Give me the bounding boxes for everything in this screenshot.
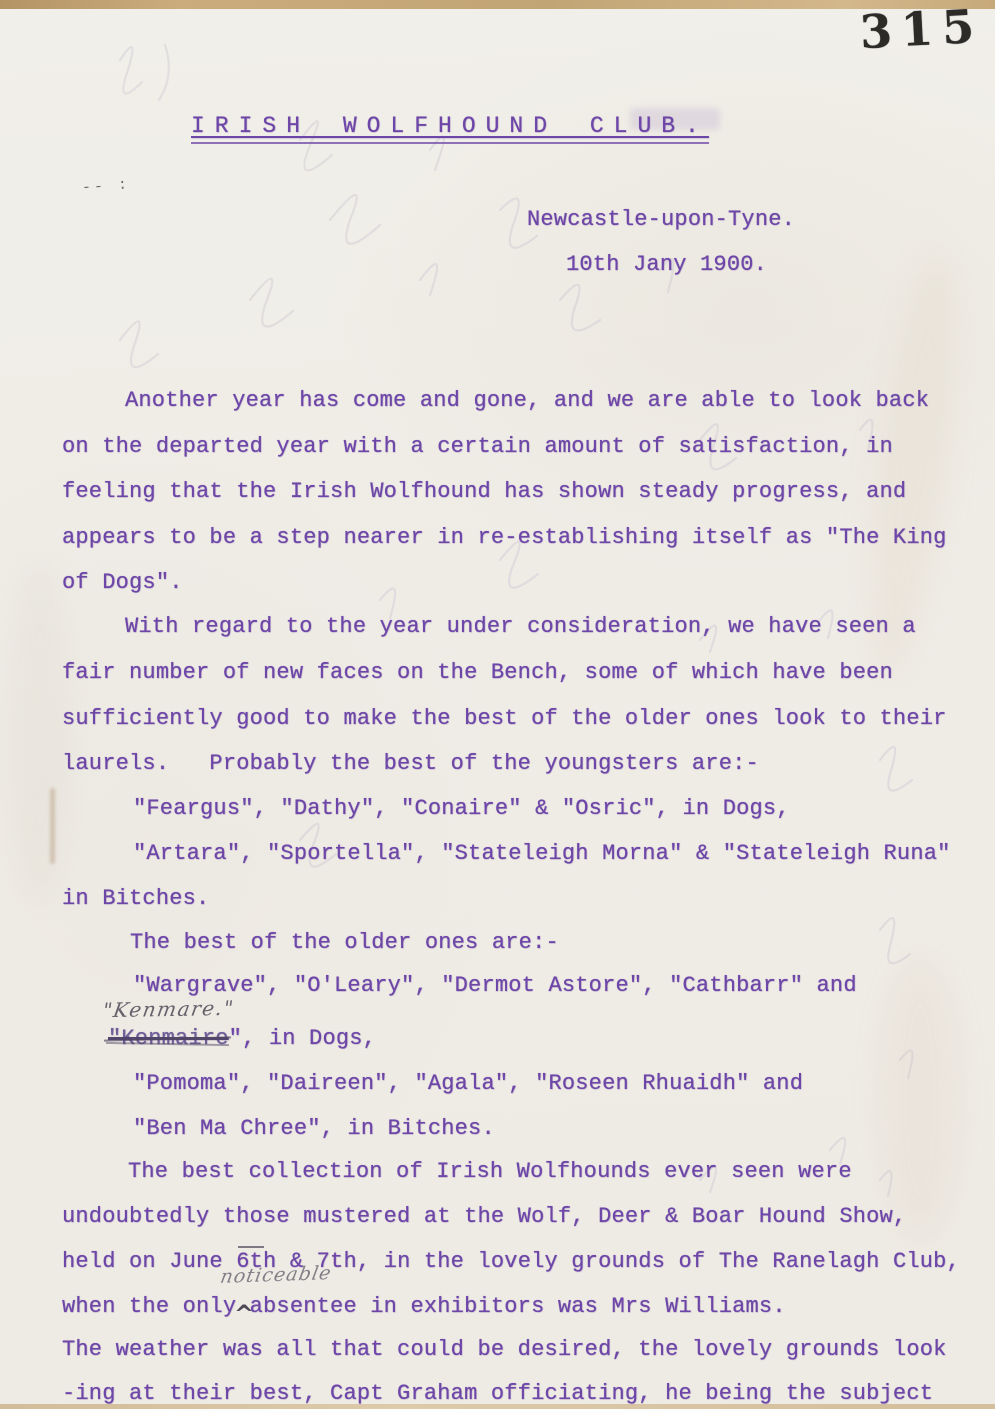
dateline-place: Newcastle-upon-Tyne. [527,207,795,232]
after-struck-text: ", in Dogs, [229,1026,376,1051]
handwritten-kenmare-correction: "Kenmare." [101,996,236,1022]
struck-out-word: "Kenmaire [108,1026,229,1051]
text-line: "Feargus", "Dathy", "Conaire" & "Osric",… [133,796,790,821]
page-number-stamp: 315 [859,0,985,59]
text-line: in Bitches. [62,886,209,911]
text-line: With regard to the year under considerat… [125,614,916,639]
text-line: "Wargrave", "O'Leary", "Dermot Astore", … [133,973,857,998]
text-line: "Ben Ma Chree", in Bitches. [133,1116,495,1141]
text-line: Another year has come and gone, and we a… [125,388,929,413]
text-line-june: held on June 6th & 7th, in the lovely gr… [62,1249,960,1274]
text-line: laurels. Probably the best of the youngs… [62,751,759,776]
document-title: IRISH WOLFHOUND CLUB. [191,113,709,144]
text-line: undoubtedly those mustered at the Wolf, … [62,1204,906,1229]
text-line: "Artara", "Sportella", "Stateleigh Morna… [133,841,951,866]
margin-mark: -- : [81,176,130,196]
paper-stain-rust [50,788,55,864]
june-line-pre: held on June [62,1249,236,1274]
text-line: "Pomoma", "Daireen", "Agala", "Roseen Rh… [133,1071,803,1096]
text-line-with-strikethrough: "Kenmaire", in Dogs, [108,1026,376,1051]
paper-showthrough-marks [0,0,995,1409]
text-line: sufficiently good to make the best of th… [62,706,947,731]
handwritten-noticeable-insertion: noticeable [219,1262,334,1288]
text-line: on the departed year with a certain amou… [62,434,893,459]
scanned-letter-page: 315 IRISH WOLFHOUND CLUB. -- : Newcastle… [0,0,995,1409]
text-line: appears to be a step nearer in re-establ… [62,525,947,550]
paper-stain [10,560,70,900]
scan-edge-top [0,0,995,9]
text-line: -ing at their best, Capt Graham officiat… [62,1381,933,1406]
text-line: when the only absentee in exhibitors was… [62,1294,786,1319]
dateline-date: 10th Jany 1900. [566,252,767,277]
june-line-post: & 7th, in the lovely grounds of The Rane… [276,1249,960,1274]
text-line: The best collection of Irish Wolfhounds … [128,1159,852,1184]
text-line: fair number of new faces on the Bench, s… [62,660,893,685]
text-line: The weather was all that could be desire… [62,1337,947,1362]
paper-stain [880,960,960,1240]
text-line: The best of the older ones are:- [130,930,559,955]
text-line: feeling that the Irish Wolfhound has sho… [62,479,906,504]
text-line: of Dogs". [62,570,183,595]
